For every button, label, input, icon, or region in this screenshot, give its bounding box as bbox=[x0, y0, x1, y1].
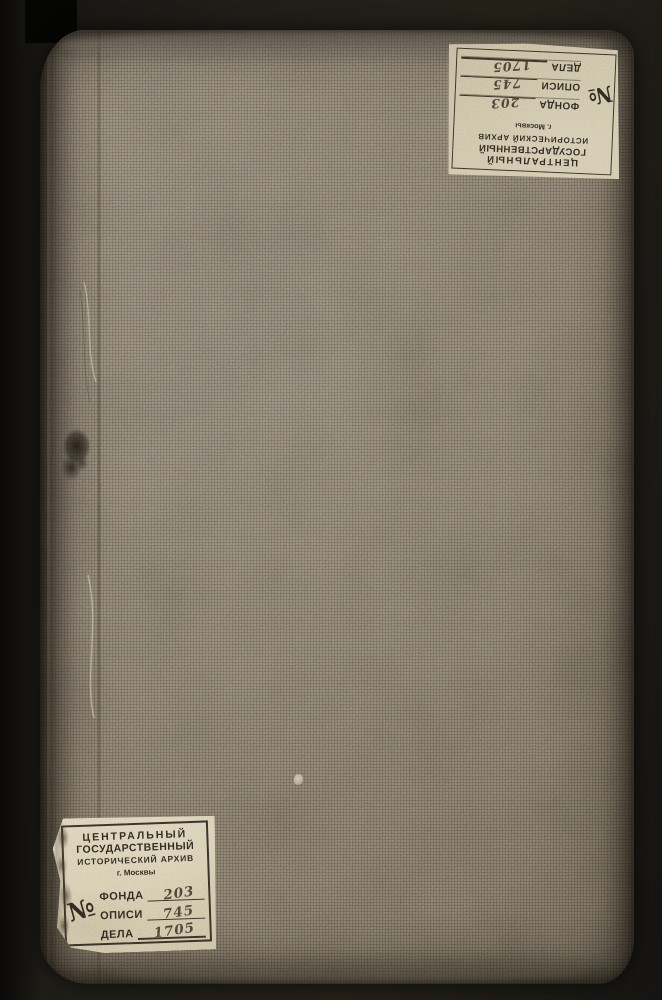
archival-photo-book-cover: ЦЕНТРАЛЬНЫЙ ГОСУДАРСТВЕННЫЙ ИСТОРИЧЕСКИЙ… bbox=[0, 0, 662, 1000]
delo-value-handwritten: 1705 bbox=[153, 920, 196, 942]
delo-value-line: 1705 bbox=[137, 917, 206, 940]
delo-value-line: 1705 bbox=[460, 57, 547, 81]
label-frame: ЦЕНТРАЛЬНЫЙ ГОСУДАРСТВЕННЫЙ ИСТОРИЧЕСКИЙ… bbox=[451, 48, 616, 176]
background-left-shadow bbox=[0, 0, 42, 1000]
delo-row: ДЕЛА 1705 bbox=[461, 56, 582, 80]
label-city-line: г. Москвы bbox=[68, 866, 203, 880]
lit-bottom-edge bbox=[111, 963, 586, 983]
label-number-block: № ФОНДА 203 ОПИСИ 745 ДЕЛА 1705 bbox=[459, 56, 611, 119]
delo-value-handwritten: 1705 bbox=[492, 58, 532, 75]
opis-label: ОПИСИ bbox=[541, 79, 581, 92]
delo-row: ДЕЛА 1705 bbox=[100, 919, 206, 942]
book-cover: ЦЕНТРАЛЬНЫЙ ГОСУДАРСТВЕННЫЙ ИСТОРИЧЕСКИЙ… bbox=[40, 30, 634, 984]
label-frame: ЦЕНТРАЛЬНЫЙ ГОСУДАРСТВЕННЫЙ ИСТОРИЧЕСКИЙ… bbox=[61, 820, 212, 946]
ink-stain bbox=[57, 426, 95, 482]
label-number-block: № ФОНДА 203 ОПИСИ 745 ДЕЛА 1705 bbox=[69, 881, 206, 943]
archive-label-bottom: ЦЕНТРАЛЬНЫЙ ГОСУДАРСТВЕННЫЙ ИСТОРИЧЕСКИЙ… bbox=[52, 813, 220, 955]
thread-knot bbox=[294, 774, 303, 785]
fond-label: ФОНДА bbox=[539, 98, 580, 111]
archive-label-top: ЦЕНТРАЛЬНЫЙ ГОСУДАРСТВЕННЫЙ ИСТОРИЧЕСКИЙ… bbox=[443, 40, 625, 182]
numero-sign: № bbox=[576, 59, 615, 111]
fond-value-line: 203 bbox=[459, 95, 535, 117]
fond-label: ФОНДА bbox=[99, 890, 144, 904]
fond-value-handwritten: 203 bbox=[489, 95, 519, 112]
